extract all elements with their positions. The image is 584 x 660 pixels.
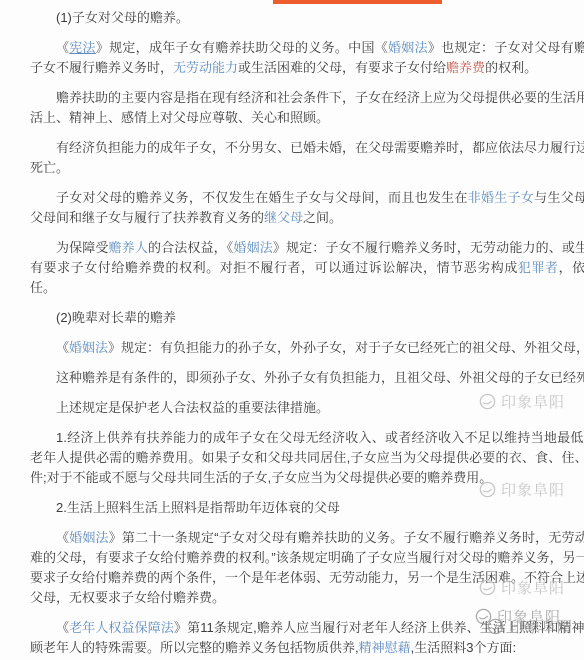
inline-link[interactable]: 婚姻法 (388, 40, 428, 55)
text-run: 为保障受 (56, 240, 109, 255)
inline-link[interactable]: 赡养人 (109, 240, 148, 255)
text-run: 子女对父母的赡养义务，不仅发生在婚生子女与父母间，而且也发生在 (56, 190, 468, 205)
paragraph: 赡养扶助的主要内容是指在现有经济和社会条件下，子女在经济上应为父母提供必要的生活… (30, 88, 584, 128)
paragraph: 为保障受赡养人的合法权益，《婚姻法》规定：子女不履行赡养义务时，无劳动能力的、或… (30, 238, 584, 298)
text-run: 的合法权益，《 (148, 240, 233, 255)
paragraph: 有经济负担能力的成年子女，不分男女、已婚未婚，在父母需要赡养时，都应依法尽力履行… (30, 138, 584, 178)
paragraph: 《老年人权益保障法》第11条规定,赡养人应当履行对老年人经济上供养、生活上照料和… (30, 618, 584, 658)
text-run: 《 (56, 530, 69, 545)
inline-link[interactable]: 婚姻法 (233, 240, 272, 255)
text-run: 赡养扶助的主要内容是指在现有经济和社会条件下，子女在经济上应为父母提供必要的生活… (30, 90, 584, 125)
top-accent-bar (273, 0, 442, 4)
inline-link[interactable]: 婚姻法 (69, 530, 109, 545)
inline-link[interactable]: 精神慰藉 (359, 640, 411, 655)
article-body: (1)子女对父母的赡养。《宪法》规定，成年子女有赡养扶助父母的义务。中国《婚姻法… (30, 8, 584, 660)
inline-link[interactable]: 老年人权益保障法 (69, 620, 174, 635)
text-run: 》规定，成年子女有赡养扶助父母的义务。中国《 (96, 40, 388, 55)
text-run: (2)晚辈对长辈的赡养 (56, 310, 176, 325)
inline-link[interactable]: 犯罪者 (518, 260, 559, 275)
text-run: 上述规定是保护老人合法权益的重要法律措施。 (56, 400, 329, 415)
paragraph: 这种赡养是有条件的，即须孙子女、外孙子女有负担能力，且祖父母、外祖父母的子女已经… (30, 368, 584, 388)
inline-link[interactable]: 宪法 (69, 40, 96, 55)
text-run: 1.经济上供养有扶养能力的成年子女在父母无经济收入、或者经济收入不足以维持当地最… (30, 430, 584, 485)
text-run: 的权利。 (485, 60, 537, 75)
text-run: (1)子女对父母的赡养。 (56, 10, 189, 25)
paragraph: 《婚姻法》第二十一条规定“子女对父母有赡养扶助的义务。子女不履行赡养义务时，无劳… (30, 528, 584, 608)
paragraph: 2.生活上照料生活上照料是指帮助年迈体衰的父母 (30, 498, 584, 518)
highlighted-term: 赡养费 (446, 60, 485, 75)
article-page: (1)子女对父母的赡养。《宪法》规定，成年子女有赡养扶助父母的义务。中国《婚姻法… (0, 0, 584, 660)
text-run: 《 (56, 340, 69, 355)
paragraph: (1)子女对父母的赡养。 (30, 8, 584, 28)
paragraph: 《宪法》规定，成年子女有赡养扶助父母的义务。中国《婚姻法》也规定：子女对父母有赡… (30, 38, 584, 78)
text-run: 2.生活上照料生活上照料是指帮助年迈体衰的父母 (56, 500, 340, 515)
paragraph: 《婚姻法》规定：有负担能力的孙子女，外孙子女，对于子女已经死亡的祖父母、外祖父母… (30, 338, 584, 358)
paragraph: 子女对父母的赡养义务，不仅发生在婚生子女与父母间，而且也发生在非婚生子女与生父母… (30, 188, 584, 228)
inline-link[interactable]: 非婚生子女 (468, 190, 534, 205)
inline-link[interactable]: 继父母 (264, 210, 303, 225)
text-run: 有经济负担能力的成年子女，不分男女、已婚未婚，在父母需要赡养时，都应依法尽力履行… (30, 140, 584, 175)
text-run: 》规定：有负担能力的孙子女，外孙子女，对于子女已经死亡的祖父母、外祖父母，有赡养… (108, 340, 584, 355)
inline-link[interactable]: 婚姻法 (69, 340, 108, 355)
text-run: 这种赡养是有条件的，即须孙子女、外孙子女有负担能力，且祖父母、外祖父母的子女已经… (56, 370, 584, 385)
text-run: 》第二十一条规定“子女对父母有赡养扶助的义务。子女不履行赡养义务时，无劳动能力的… (30, 530, 584, 605)
paragraph: 上述规定是保护老人合法权益的重要法律措施。 (30, 398, 584, 418)
paragraph: (2)晚辈对长辈的赡养 (30, 308, 584, 328)
text-run: ,生活照料3个方面: (411, 640, 516, 655)
text-run: 《 (56, 40, 69, 55)
text-run: 《 (56, 620, 69, 635)
text-run: 或生活困难的父母，有要求子女付给 (238, 60, 446, 75)
inline-link[interactable]: 无劳动能力 (173, 60, 238, 75)
text-run: 之间。 (303, 210, 342, 225)
paragraph: 1.经济上供养有扶养能力的成年子女在父母无经济收入、或者经济收入不足以维持当地最… (30, 428, 584, 488)
